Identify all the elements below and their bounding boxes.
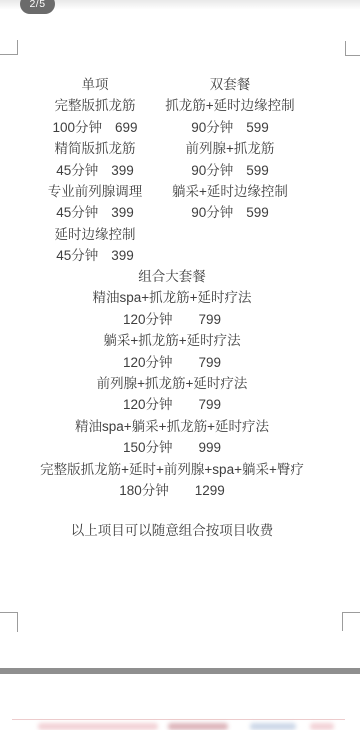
item-price: 699 xyxy=(115,120,138,135)
menu-item-price-row: 45分钟399 xyxy=(30,202,160,223)
item-price: 799 xyxy=(199,312,222,327)
menu-item-price-row: 90分钟599 xyxy=(160,202,300,223)
item-price: 399 xyxy=(111,248,134,263)
next-image-preview-line xyxy=(12,719,345,720)
next-image-preview-smudge xyxy=(168,723,228,730)
combo-package-header: 组合大套餐 xyxy=(12,266,332,287)
menu-item-name: 前列腺+抓龙筋 xyxy=(160,138,300,159)
menu-item-name: 完整版抓龙筋 xyxy=(30,95,160,116)
menu-item-price-row: 45分钟399 xyxy=(30,160,160,181)
item-duration: 90分钟 xyxy=(191,120,233,135)
item-duration: 100分钟 xyxy=(52,120,102,135)
menu-item-price-row: 120分钟799 xyxy=(12,352,332,373)
item-duration: 120分钟 xyxy=(123,397,173,412)
menu-item-name: 精油spa+抓龙筋+延时疗法 xyxy=(12,287,332,308)
item-duration: 45分钟 xyxy=(56,205,98,220)
item-price: 599 xyxy=(246,120,269,135)
menu-item-price-row: 100分钟699 xyxy=(30,117,160,138)
menu-item-name: 精油spa+躺采+抓龙筋+延时疗法 xyxy=(12,416,332,437)
item-duration: 90分钟 xyxy=(191,163,233,178)
double-package-header: 双套餐 xyxy=(160,74,300,95)
menu-item-price-row: 45分钟399 xyxy=(30,245,160,266)
item-price: 399 xyxy=(111,163,134,178)
menu-item-price-row: 90分钟599 xyxy=(160,160,300,181)
item-duration: 90分钟 xyxy=(191,205,233,220)
page-corner-mark-bottom-left xyxy=(0,612,18,632)
menu-item-name: 专业前列腺调理 xyxy=(30,181,160,202)
item-price: 799 xyxy=(199,397,222,412)
menu-item-price-row: 180分钟1299 xyxy=(12,480,332,501)
next-image-preview-smudge xyxy=(310,723,334,730)
double-package-column: 双套餐 抓龙筋+延时边缘控制90分钟599前列腺+抓龙筋90分钟599躺采+延时… xyxy=(160,74,300,224)
menu-item-name: 精简版抓龙筋 xyxy=(30,138,160,159)
item-duration: 120分钟 xyxy=(123,355,173,370)
item-duration: 150分钟 xyxy=(123,440,173,455)
menu-footnote: 以上项目可以随意组合按项目收费 xyxy=(12,520,332,541)
gallery-image-separator xyxy=(0,668,360,674)
page-corner-mark-bottom-right xyxy=(342,612,360,631)
menu-item-name: 躺采+抓龙筋+延时疗法 xyxy=(12,330,332,351)
menu-item-name: 抓龙筋+延时边缘控制 xyxy=(160,95,300,116)
combo-package-section: 组合大套餐 精油spa+抓龙筋+延时疗法120分钟799躺采+抓龙筋+延时疗法1… xyxy=(12,266,332,501)
menu-item-name: 躺采+延时边缘控制 xyxy=(160,181,300,202)
item-price: 399 xyxy=(111,205,134,220)
item-duration: 45分钟 xyxy=(56,163,98,178)
menu-item-name: 完整版抓龙筋+延时+前列腺+spa+躺采+臀疗 xyxy=(12,459,332,480)
single-items-column: 单项 完整版抓龙筋100分钟699精简版抓龙筋45分钟399专业前列腺调理45分… xyxy=(30,74,160,267)
menu-item-price-row: 150分钟999 xyxy=(12,437,332,458)
item-duration: 180分钟 xyxy=(119,483,169,498)
menu-item-name: 前列腺+抓龙筋+延时疗法 xyxy=(12,373,332,394)
page-corner-mark-top-left xyxy=(0,40,18,55)
item-price: 599 xyxy=(246,205,269,220)
item-price: 999 xyxy=(199,440,222,455)
next-image-preview-smudge xyxy=(250,723,296,730)
item-duration: 45分钟 xyxy=(56,248,98,263)
gallery-image-viewer[interactable]: 2/5 单项 完整版抓龙筋100分钟699精简版抓龙筋45分钟399专业前列腺调… xyxy=(0,0,360,730)
menu-item-price-row: 90分钟599 xyxy=(160,117,300,138)
item-price: 599 xyxy=(246,163,269,178)
single-items-header: 单项 xyxy=(30,74,160,95)
menu-item-price-row: 120分钟799 xyxy=(12,394,332,415)
menu-item-name: 延时边缘控制 xyxy=(30,224,160,245)
next-image-preview-smudge xyxy=(38,723,158,730)
item-duration: 120分钟 xyxy=(123,312,173,327)
item-price: 1299 xyxy=(195,483,225,498)
item-price: 799 xyxy=(199,355,222,370)
menu-item-price-row: 120分钟799 xyxy=(12,309,332,330)
page-corner-mark-top-right xyxy=(345,41,360,56)
gallery-position-badge: 2/5 xyxy=(20,0,55,14)
